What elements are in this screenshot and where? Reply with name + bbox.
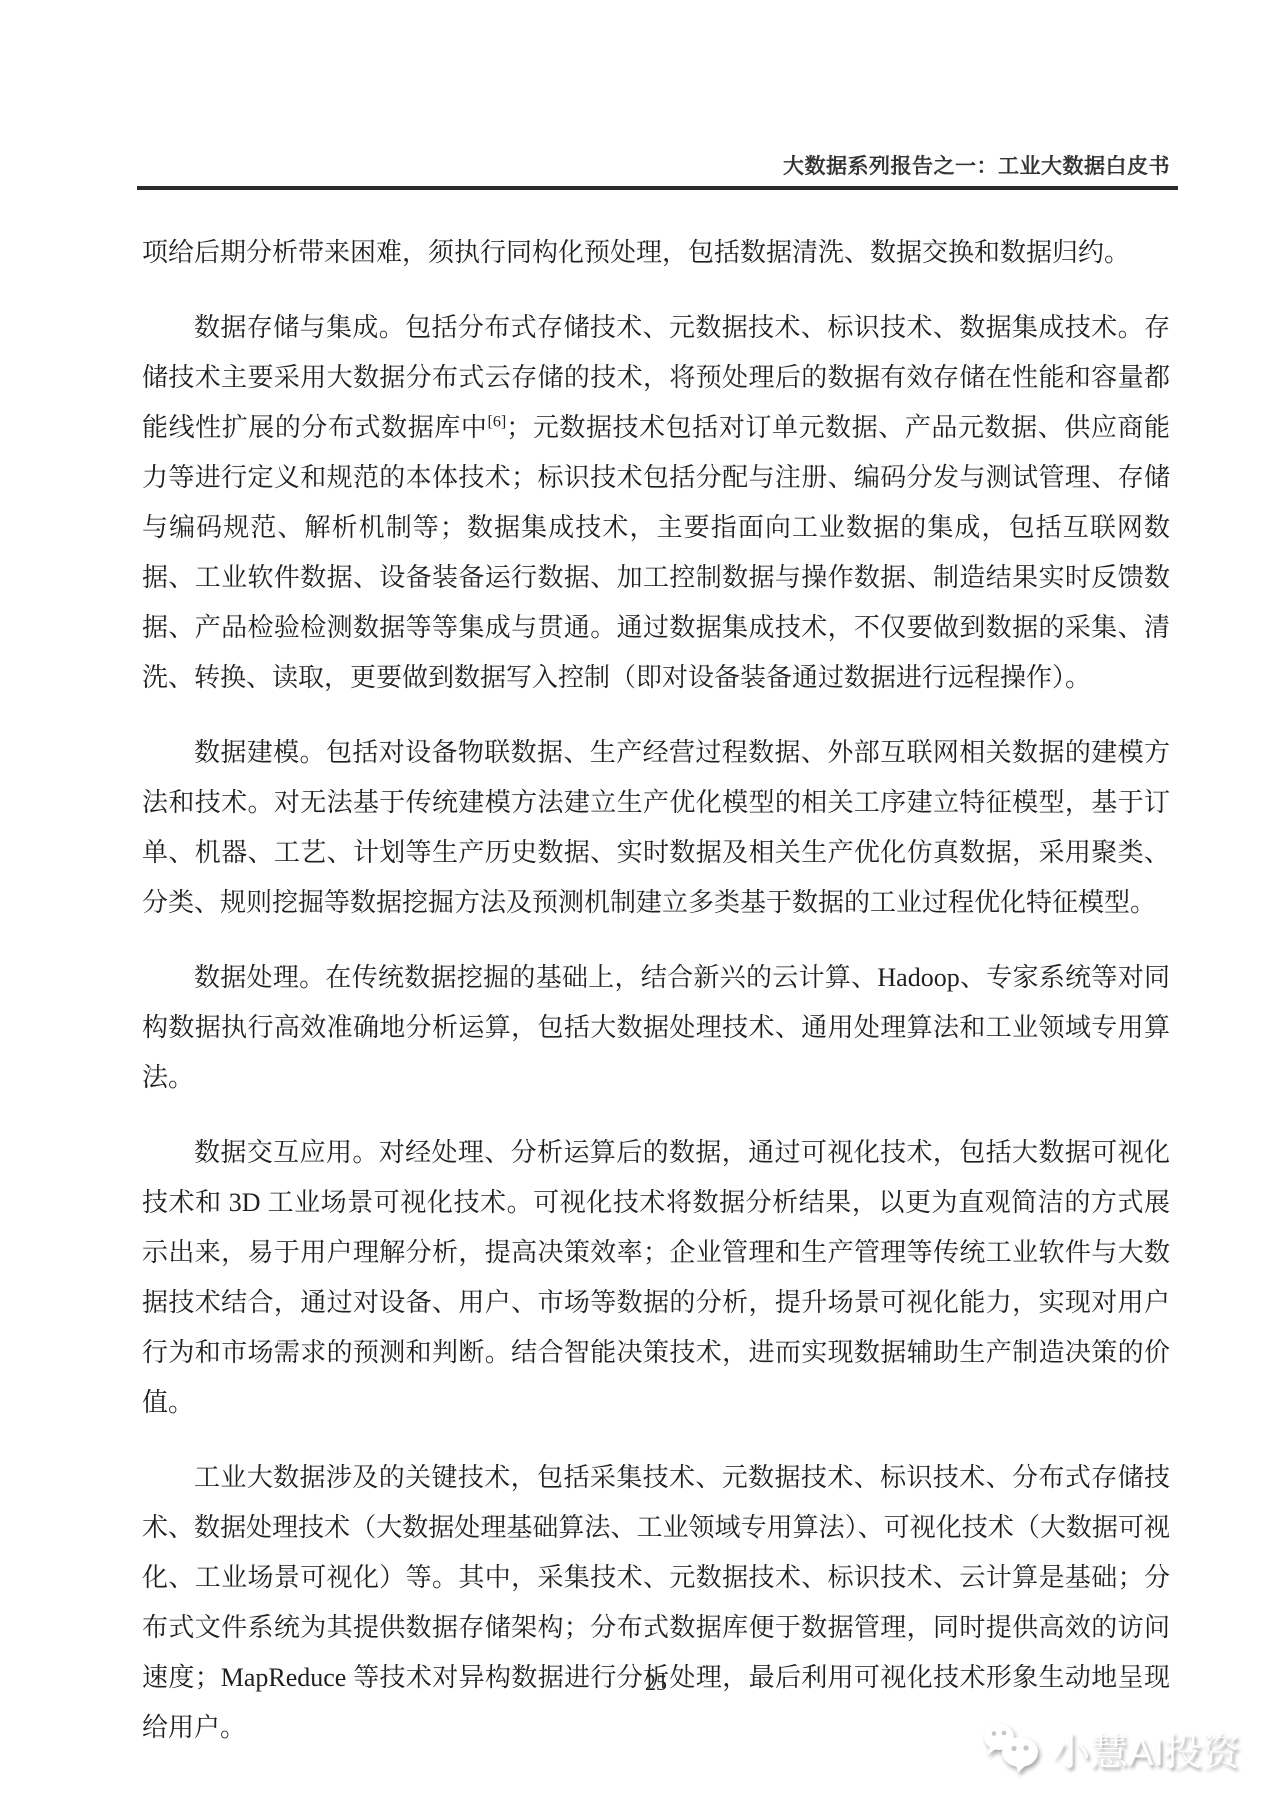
page-number: 25	[142, 1670, 1170, 1696]
document-page: 大数据系列报告之一：工业大数据白皮书 项给后期分析带来困难，须执行同构化预处理，…	[0, 0, 1280, 1809]
paragraph-text: ；元数据技术包括对订单元数据、产品元数据、供应商能力等进行定义和规范的本体技术；…	[142, 413, 1170, 692]
paragraph-text: 数据处理。在传统数据挖掘的基础上，结合新兴的云计算、Hadoop、专家系统等对同…	[142, 963, 1170, 1092]
wechat-icon	[980, 1720, 1042, 1776]
paragraph-text: 数据建模。包括对设备物联数据、生产经营过程数据、外部互联网相关数据的建模方法和技…	[142, 738, 1170, 917]
paragraph-text: 数据交互应用。对经处理、分析运算后的数据，通过可视化技术，包括大数据可视化技术和…	[142, 1138, 1170, 1417]
paragraph: 数据处理。在传统数据挖掘的基础上，结合新兴的云计算、Hadoop、专家系统等对同…	[142, 953, 1170, 1103]
paragraph: 数据建模。包括对设备物联数据、生产经营过程数据、外部互联网相关数据的建模方法和技…	[142, 728, 1170, 928]
page-header-title: 大数据系列报告之一：工业大数据白皮书	[783, 150, 1170, 180]
watermark-label: 小慧AI投资	[1052, 1721, 1240, 1776]
paragraph-text: 工业大数据涉及的关键技术，包括采集技术、元数据技术、标识技术、分布式存储技术、数…	[142, 1463, 1170, 1742]
paragraph: 项给后期分析带来困难，须执行同构化预处理，包括数据清洗、数据交换和数据归约。	[142, 228, 1170, 278]
header-rule	[137, 186, 1178, 190]
paragraph: 数据存储与集成。包括分布式存储技术、元数据技术、标识技术、数据集成技术。存储技术…	[142, 303, 1170, 703]
body-text: 项给后期分析带来困难，须执行同构化预处理，包括数据清洗、数据交换和数据归约。数据…	[142, 228, 1170, 1778]
footnote-reference: [6]	[487, 413, 506, 430]
paragraph: 数据交互应用。对经处理、分析运算后的数据，通过可视化技术，包括大数据可视化技术和…	[142, 1128, 1170, 1428]
paragraph-text: 项给后期分析带来困难，须执行同构化预处理，包括数据清洗、数据交换和数据归约。	[142, 238, 1130, 267]
paragraph: 工业大数据涉及的关键技术，包括采集技术、元数据技术、标识技术、分布式存储技术、数…	[142, 1453, 1170, 1753]
watermark: 小慧AI投资	[980, 1720, 1240, 1776]
